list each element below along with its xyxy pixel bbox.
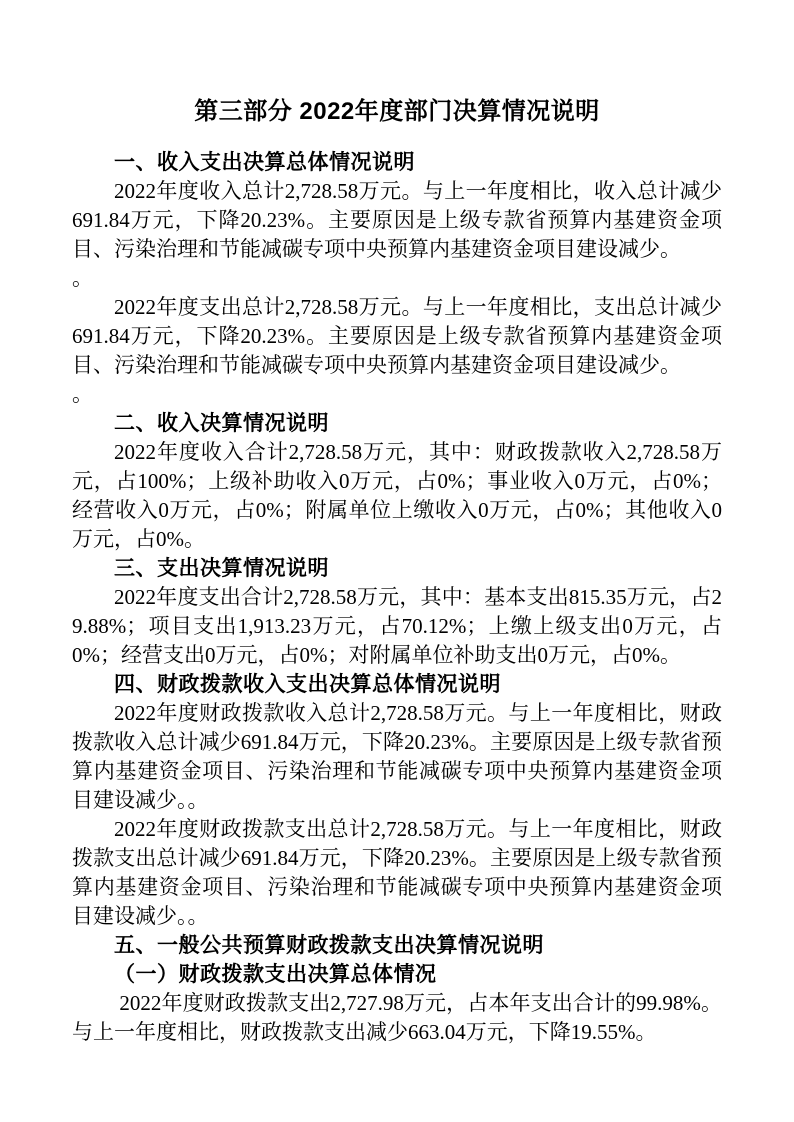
section-heading: 三、支出决算情况说明 <box>72 554 722 583</box>
section-heading: 五、一般公共预算财政拨款支出决算情况说明 <box>72 931 722 960</box>
paragraph: 2022年度收入总计2,728.58万元。与上一年度相比，收入总计减少691.8… <box>72 177 722 293</box>
document-title: 第三部分 2022年度部门决算情况说明 <box>72 97 722 127</box>
subsection-heading: （一）财政拨款支出决算总体情况 <box>72 960 722 989</box>
paragraph: 2022年度财政拨款收入总计2,728.58万元。与上一年度相比，财政拨款收入总… <box>72 699 722 815</box>
paragraph: 2022年度收入合计2,728.58万元，其中：财政拨款收入2,728.58万元… <box>72 438 722 554</box>
section-heading: 二、收入决算情况说明 <box>72 409 722 438</box>
document-body: 一、收入支出决算总体情况说明2022年度收入总计2,728.58万元。与上一年度… <box>72 148 722 1047</box>
paragraph: 2022年度财政拨款支出2,727.98万元，占本年支出合计的99.98%。与上… <box>72 989 722 1047</box>
document-page: 第三部分 2022年度部门决算情况说明 一、收入支出决算总体情况说明2022年度… <box>0 0 794 1122</box>
paragraph: 2022年度支出合计2,728.58万元，其中：基本支出815.35万元，占29… <box>72 583 722 670</box>
section-heading: 四、财政拨款收入支出决算总体情况说明 <box>72 670 722 699</box>
paragraph: 2022年度支出总计2,728.58万元。与上一年度相比，支出总计减少691.8… <box>72 293 722 409</box>
section-heading: 一、收入支出决算总体情况说明 <box>72 148 722 177</box>
paragraph: 2022年度财政拨款支出总计2,728.58万元。与上一年度相比，财政拨款支出总… <box>72 815 722 931</box>
